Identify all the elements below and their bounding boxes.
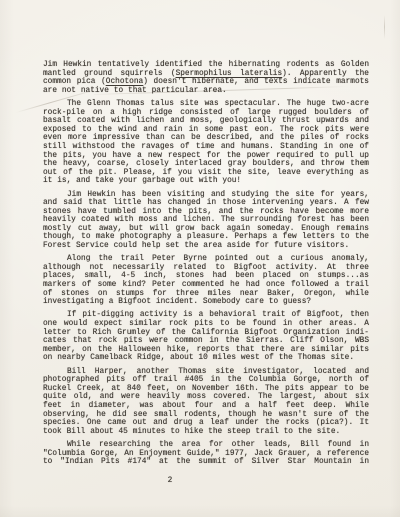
text-line: basalt coated with lichen and moss, geol… [43,117,369,126]
text-line: though, to make photography a pleasure. … [43,233,369,242]
page-body: Jim Hewkin tentatively identified the hi… [43,61,369,467]
scanned-document: { "page": { "number": "2", "paper_color"… [0,0,400,517]
paragraph: While researching the area for other lea… [43,441,369,467]
text-line: on nearby Camelback Ridge, about 10 mile… [43,354,369,363]
text-line: rock-pile on a high ridge consisted of l… [43,109,369,118]
text-line: to "Indian Pits #174" at the summit of S… [43,458,369,467]
text-line: Jim Hewkin tentatively identified the hi… [43,61,369,70]
text-line: took Bill about 45 minutes to hike the s… [43,428,369,437]
text-line: places, small, 4-5 inch, stones had been… [43,272,369,281]
text-line: markers of some kind? Peter commented he… [43,281,369,290]
text-line: Forest Service could help set the area a… [43,242,369,251]
paragraph: The Glenn Thomas talus site was spectacu… [43,100,369,186]
scan-scratch [384,15,385,39]
paragraph: Along the trail Peter Byrne pointed out … [43,255,369,307]
text-line: Along the trail Peter Byrne pointed out … [43,255,369,264]
text-line: one would expect similar rock pits to be… [43,320,369,329]
page-number: 2 [164,477,176,486]
document-page: Jim Hewkin tentatively identified the hi… [0,0,400,517]
text-line: photographed pits off trail #405 in the … [43,376,369,385]
text-line: heavily coated with moss and lichen. The… [43,216,369,225]
text-line: investigating a Bigfoot incident. Somebo… [43,298,369,307]
text-line: of stones on stumps for three miles near… [43,290,369,299]
text-line: observing, he did see small rodents, tho… [43,411,369,420]
text-line: the heavy, coarse, closely interlaced gr… [43,160,369,169]
text-line: Jim Hewkin has been visiting and studyin… [43,191,369,200]
text-line: still withstood the ravages of time and … [43,143,369,152]
text-line: While researching the area for other lea… [43,441,369,450]
paragraph: Jim Hewkin has been visiting and studyin… [43,191,369,251]
text-line: the pits, you have a new respect for the… [43,152,369,161]
text-line: feet in diameter, was about four and a h… [43,402,369,411]
text-line: mantled ground squirrels (Spermophilus l… [43,70,369,79]
text-line: are not native to that particular area. [43,87,369,96]
text-line: stones have tumbled into the pits, and t… [43,208,369,217]
text-line: even more impressive than can be describ… [43,134,369,143]
paragraph: Jim Hewkin tentatively identified the hi… [43,61,369,95]
text-line: Bill Harper, another Thomas site investi… [43,368,369,377]
text-line: species. One came out and drug a leaf un… [43,419,369,428]
paragraph: Bill Harper, another Thomas site investi… [43,368,369,437]
text-line: letter to Rich Grumley of the California… [43,329,369,338]
text-line: If pit-digging activity is a behavioral … [43,311,369,320]
text-line: it is, and take your garbage out with yo… [43,177,369,186]
text-line: cates that rock pits were common in the … [43,337,369,346]
paragraph: If pit-digging activity is a behavioral … [43,311,369,363]
text-line: quite old, and were heavily moss covered… [43,393,369,402]
text-line: common pica (Ochotona) doesn't hibernate… [43,78,369,87]
text-line: The Glenn Thomas talus site was spectacu… [43,100,369,109]
text-line: and said that little has changed in thos… [43,199,369,208]
text-line: "Columbia Gorge, An Enjoyment Guide," 19… [43,450,369,459]
